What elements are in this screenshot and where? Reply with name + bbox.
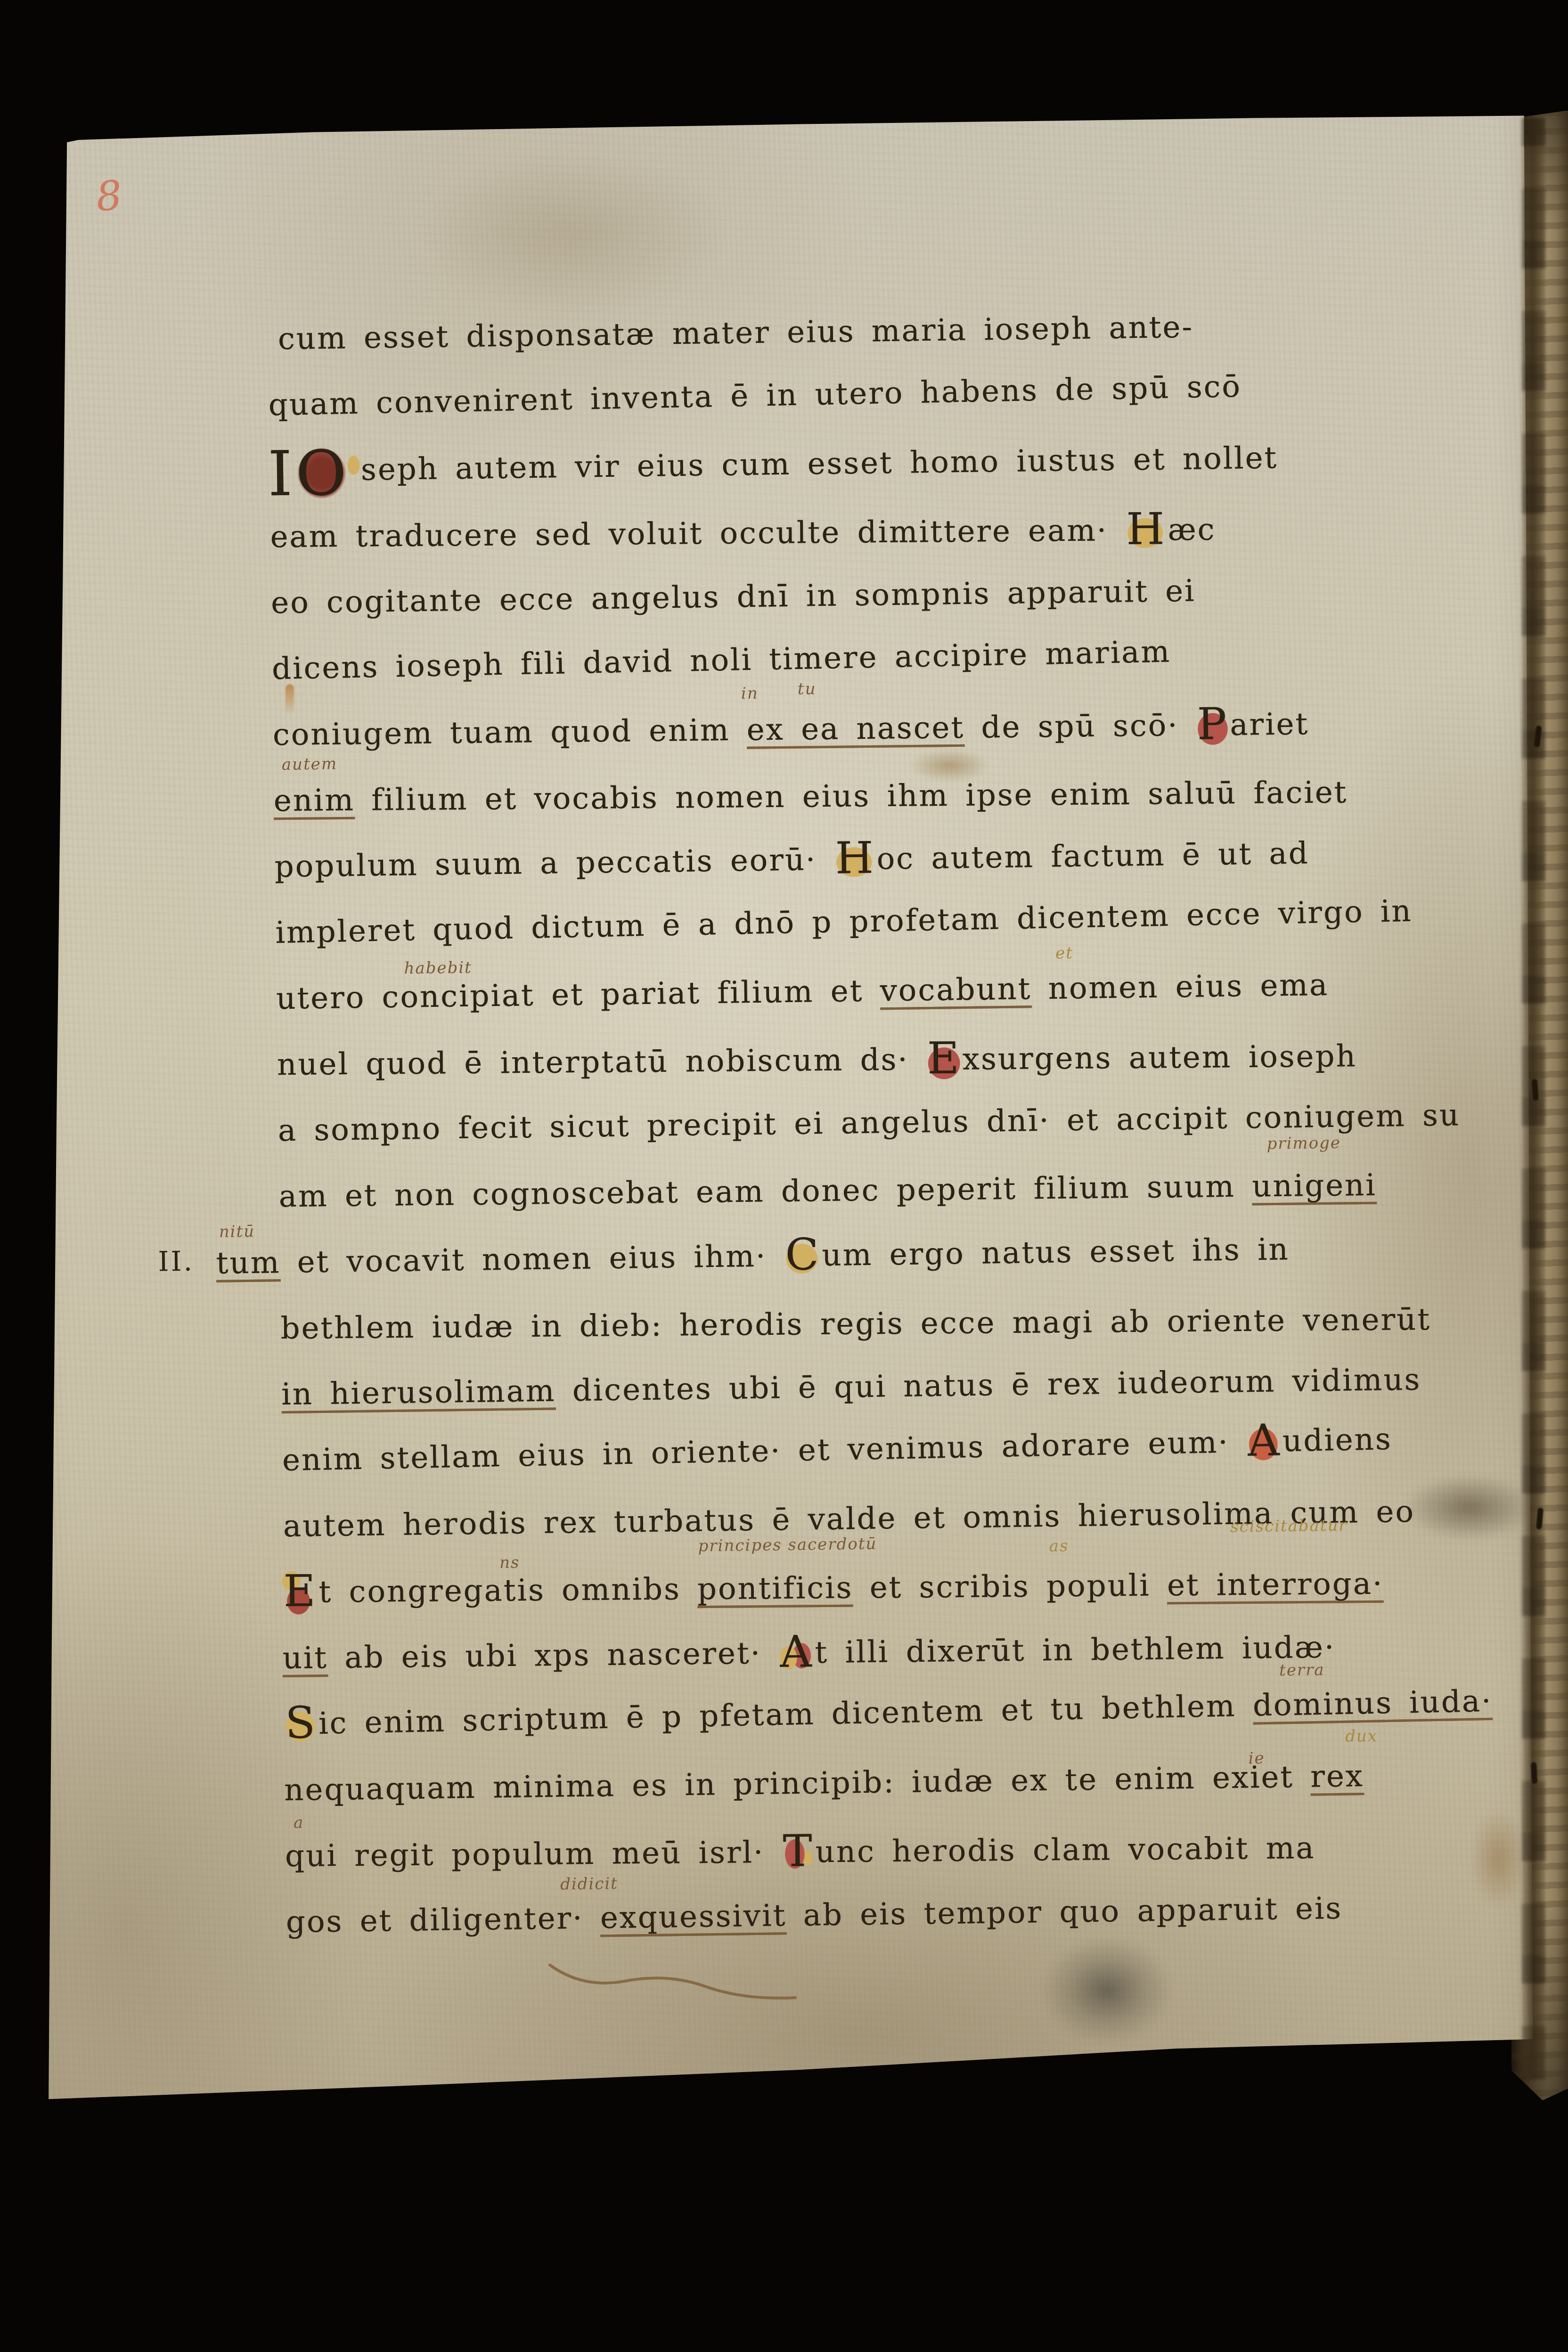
text-line: in hierusolimam dicentes ubi ē qui natus… xyxy=(281,1364,1421,1410)
text-segment: pontificis xyxy=(697,1571,853,1607)
text-segment: vocabunt xyxy=(880,972,1032,1008)
text-segment: dicens ioseph fili david noli timere acc… xyxy=(271,635,1171,687)
text-segment: eo cogitante ecce angelus dnī in sompnis… xyxy=(271,574,1196,621)
text-segment: ex ea nascet xyxy=(746,710,964,748)
text-segment: et vocavit nomen eius ihm· xyxy=(280,1239,784,1280)
interlinear-gloss: et xyxy=(1055,945,1073,961)
text-segment: coniugem tuam quod enim xyxy=(273,713,747,753)
interlinear-gloss: sciscitabatur xyxy=(1230,1517,1347,1535)
text-segment: in hierusolimam xyxy=(281,1373,556,1412)
text-segment: quam convenirent inventa ē in utero habe… xyxy=(268,369,1242,423)
decorated-initial: A xyxy=(1245,1414,1283,1466)
text-segment: de spū scō· xyxy=(964,708,1196,745)
interlinear-glosses: intuautemhabebitetprimogenitūnsprincipes… xyxy=(0,0,1553,4)
text-segment: qui regit populum meū isrl· xyxy=(285,1835,781,1874)
manuscript-photo: 8 II. cum esset disponsatæ mater eius ma… xyxy=(0,0,1568,2352)
text-line: enim filium et vocabis nomen eius ihm ip… xyxy=(274,777,1348,816)
interlinear-gloss: ie xyxy=(1248,1750,1265,1766)
text-segment: unigeni xyxy=(1252,1168,1377,1204)
decorated-initial: T xyxy=(781,1825,816,1877)
text-segment: eam traducere sed voluit occulte dimitte… xyxy=(270,513,1125,555)
text-segment: enim stellam eius in oriente· et venimus… xyxy=(282,1425,1246,1478)
text-line: Sic enim scriptum ē p pfetam dicentem et… xyxy=(283,1686,1493,1739)
text-segment: et interroga· xyxy=(1167,1567,1384,1603)
text-segment: am et non cognoscebat eam donec peperit … xyxy=(278,1169,1252,1214)
decorated-initial: O xyxy=(294,437,350,509)
text-segment: rex xyxy=(1310,1759,1364,1794)
decorated-initial: E xyxy=(925,1033,963,1084)
text-block: 8 II. cum esset disponsatæ mater eius ma… xyxy=(0,0,1568,2352)
interlinear-gloss: ns xyxy=(499,1554,520,1571)
text-segment: bethlem iudæ in dieb: herodis regis ecce… xyxy=(280,1302,1431,1346)
text-segment: ariet xyxy=(1230,707,1309,743)
text-segment: unc herodis clam vocabit ma xyxy=(815,1831,1315,1870)
interlinear-gloss: didicit xyxy=(560,1876,618,1893)
text-segment: populum suum a peccatis eorū· xyxy=(274,842,833,885)
interlinear-gloss: habebit xyxy=(404,960,472,977)
text-lines: cum esset disponsatæ mater eius maria io… xyxy=(0,0,1553,4)
chapter-marker: II. xyxy=(158,1245,194,1277)
text-segment: xsurgens autem ioseph xyxy=(963,1039,1357,1077)
text-segment: dominus iuda· xyxy=(1252,1684,1493,1723)
interlinear-gloss: dux xyxy=(1345,1728,1378,1745)
decorated-initial: H xyxy=(1124,503,1168,555)
text-segment: seph autem vir eius cum esset homo iustu… xyxy=(361,441,1278,487)
text-segment: æc xyxy=(1168,512,1216,547)
folio-number: 8 xyxy=(94,172,124,221)
text-segment: t illi dixerūt in bethlem iudæ· xyxy=(815,1630,1336,1671)
text-line: bethlem iudæ in dieb: herodis regis ecce… xyxy=(280,1305,1431,1344)
interlinear-gloss: principes sacerdotū xyxy=(698,1536,877,1554)
text-line: dicens ioseph fili david noli timere acc… xyxy=(272,637,1171,685)
text-line: enim stellam eius in oriente· et venimus… xyxy=(282,1424,1393,1476)
text-line: eo cogitante ecce angelus dnī in sompnis… xyxy=(271,576,1196,619)
interlinear-gloss: nitū xyxy=(219,1224,255,1240)
decorated-initial: I xyxy=(267,438,295,510)
underline-flourish xyxy=(548,1953,803,2004)
text-line: nequaquam minima es in principib: iudæ e… xyxy=(284,1761,1364,1805)
decorated-initial: E xyxy=(281,1565,319,1617)
text-line: tum et vocavit nomen eius ihm· Cum ergo … xyxy=(216,1234,1290,1279)
text-segment: et scribis populi xyxy=(853,1568,1167,1605)
text-line: eam traducere sed voluit occulte dimitte… xyxy=(270,514,1216,552)
interlinear-gloss: primoge xyxy=(1266,1135,1341,1152)
decorated-initial: H xyxy=(833,832,877,883)
text-segment: t congregatis omnibs xyxy=(318,1572,697,1609)
text-segment: filium et vocabis nomen eius ihm ipse en… xyxy=(355,775,1348,818)
text-segment: exquessivit xyxy=(600,1898,786,1935)
text-segment: gos et diligenter· xyxy=(286,1901,601,1940)
interlinear-gloss: a xyxy=(294,1815,304,1831)
text-segment: cum esset disponsatæ mater eius maria io… xyxy=(278,310,1194,357)
text-segment: ab eis ubi xps nasceret· xyxy=(328,1636,778,1675)
text-segment: udiens xyxy=(1282,1422,1392,1459)
text-segment: ic enim scriptum ē p pfetam dicentem et … xyxy=(318,1689,1253,1741)
text-segment: impleret quod dictum ē a dnō p profetam … xyxy=(275,894,1413,950)
text-line: Et congregatis omnibs pontificis et scri… xyxy=(282,1569,1384,1608)
decorated-initial: A xyxy=(778,1626,815,1677)
text-segment: enim xyxy=(274,783,355,818)
text-segment: oc autem factum ē ut ad xyxy=(876,836,1309,876)
decorated-initial: S xyxy=(283,1697,319,1748)
text-line: gos et diligenter· exquessivit ab eis te… xyxy=(286,1894,1343,1937)
decorated-initial: C xyxy=(783,1229,822,1280)
text-segment: uit xyxy=(282,1641,328,1676)
text-segment: dicentes ubi ē qui natus ē rex iudeorum … xyxy=(555,1362,1421,1408)
text-segment: nequaquam minima es in principib: iudæ e… xyxy=(284,1760,1311,1808)
interlinear-gloss: tu xyxy=(798,681,817,697)
text-segment: tum xyxy=(216,1245,281,1281)
text-line: uit ab eis ubi xps nasceret· At illi dix… xyxy=(282,1633,1335,1674)
text-line: cum esset disponsatæ mater eius maria io… xyxy=(278,312,1194,354)
interlinear-gloss: as xyxy=(1049,1538,1069,1554)
text-segment: nomen eius ema xyxy=(1031,968,1329,1006)
text-line: populum suum a peccatis eorū· Hoc autem … xyxy=(274,838,1309,882)
text-line: qui regit populum meū isrl· Tunc herodis… xyxy=(285,1833,1315,1871)
text-segment: um ergo natus esset ihs in xyxy=(822,1232,1290,1273)
interlinear-gloss: in xyxy=(741,686,759,702)
text-line: quam convenirent inventa ē in utero habe… xyxy=(268,372,1241,421)
interlinear-gloss: autem xyxy=(282,756,338,773)
text-segment: utero concipiat et pariat filium et xyxy=(276,973,880,1016)
text-segment: nuel quod ē interptatū nobiscum ds· xyxy=(277,1042,926,1082)
decorated-initial: P xyxy=(1195,698,1230,750)
text-line: impleret quod dictum ē a dnō p profetam … xyxy=(275,896,1413,948)
rubric-dot xyxy=(347,456,361,481)
text-segment: ab eis tempor quo apparuit eis xyxy=(786,1891,1343,1933)
text-line: am et non cognoscebat eam donec peperit … xyxy=(278,1170,1377,1212)
interlinear-gloss: terra xyxy=(1279,1662,1325,1678)
text-line: nuel quod ē interptatū nobiscum ds· Exsu… xyxy=(277,1041,1357,1080)
text-line: coniugem tuam quod enim ex ea nascet de … xyxy=(273,709,1309,750)
text-line: IOseph autem vir eius cum esset homo ius… xyxy=(267,443,1278,486)
